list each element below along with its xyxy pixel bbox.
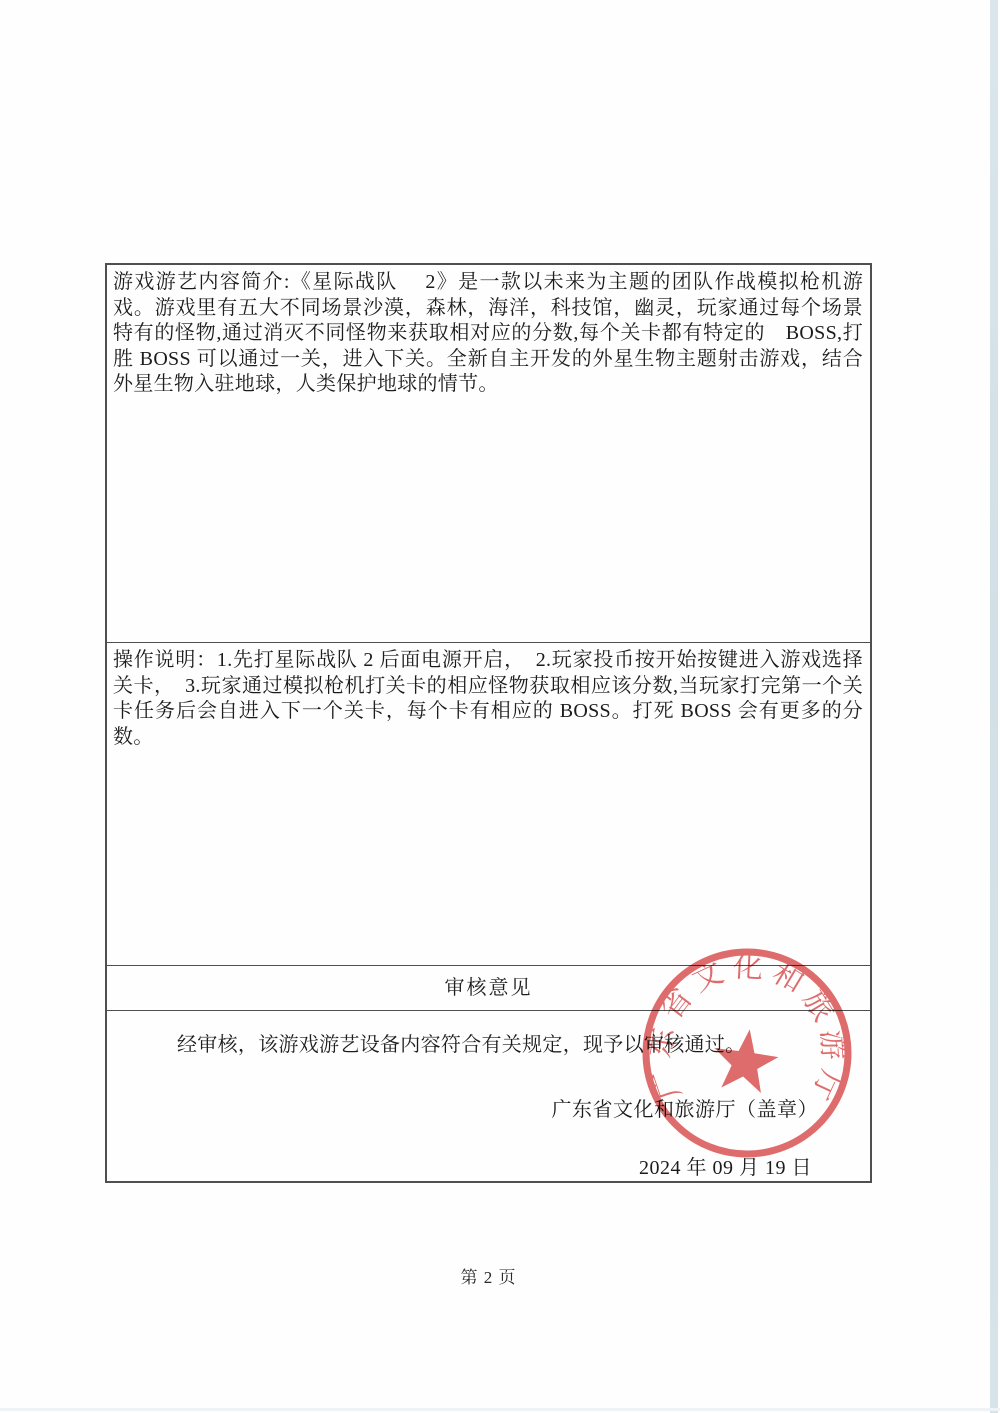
review-conclusion-text: 经审核，该游戏游艺设备内容符合有关规定，现予以审核通过。 — [107, 1011, 870, 1057]
approval-date: 2024 年 09 月 19 日 — [107, 1151, 870, 1180]
review-opinion-header: 审核意见 — [107, 966, 870, 1010]
game-intro-paragraph: 游戏游艺内容简介:《星际战队 2》是一款以未来为主题的团队作战模拟枪机游戏。游戏… — [107, 265, 870, 398]
game-intro-cell: 游戏游艺内容简介:《星际战队 2》是一款以未来为主题的团队作战模拟枪机游戏。游戏… — [107, 265, 870, 642]
approval-form-table: 游戏游艺内容简介:《星际战队 2》是一款以未来为主题的团队作战模拟枪机游戏。游戏… — [105, 263, 872, 1183]
review-opinion-header-cell: 审核意见 — [107, 965, 870, 1010]
page-number: 第 2 页 — [105, 1263, 872, 1288]
operation-instructions-paragraph: 操作说明：1.先打星际战队 2 后面电源开启， 2.玩家投币按开始按键进入游戏选… — [107, 643, 870, 750]
review-opinion-cell: 经审核，该游戏游艺设备内容符合有关规定，现予以审核通过。 广东省文化和旅游厅（盖… — [107, 1010, 870, 1177]
scan-edge-artifact-bottom — [0, 1408, 1000, 1411]
operation-instructions-cell: 操作说明：1.先打星际战队 2 后面电源开启， 2.玩家投币按开始按键进入游戏选… — [107, 642, 870, 965]
scan-edge-artifact-right — [990, 0, 998, 1413]
issuing-authority-text: 广东省文化和旅游厅（盖章） — [107, 1093, 870, 1122]
